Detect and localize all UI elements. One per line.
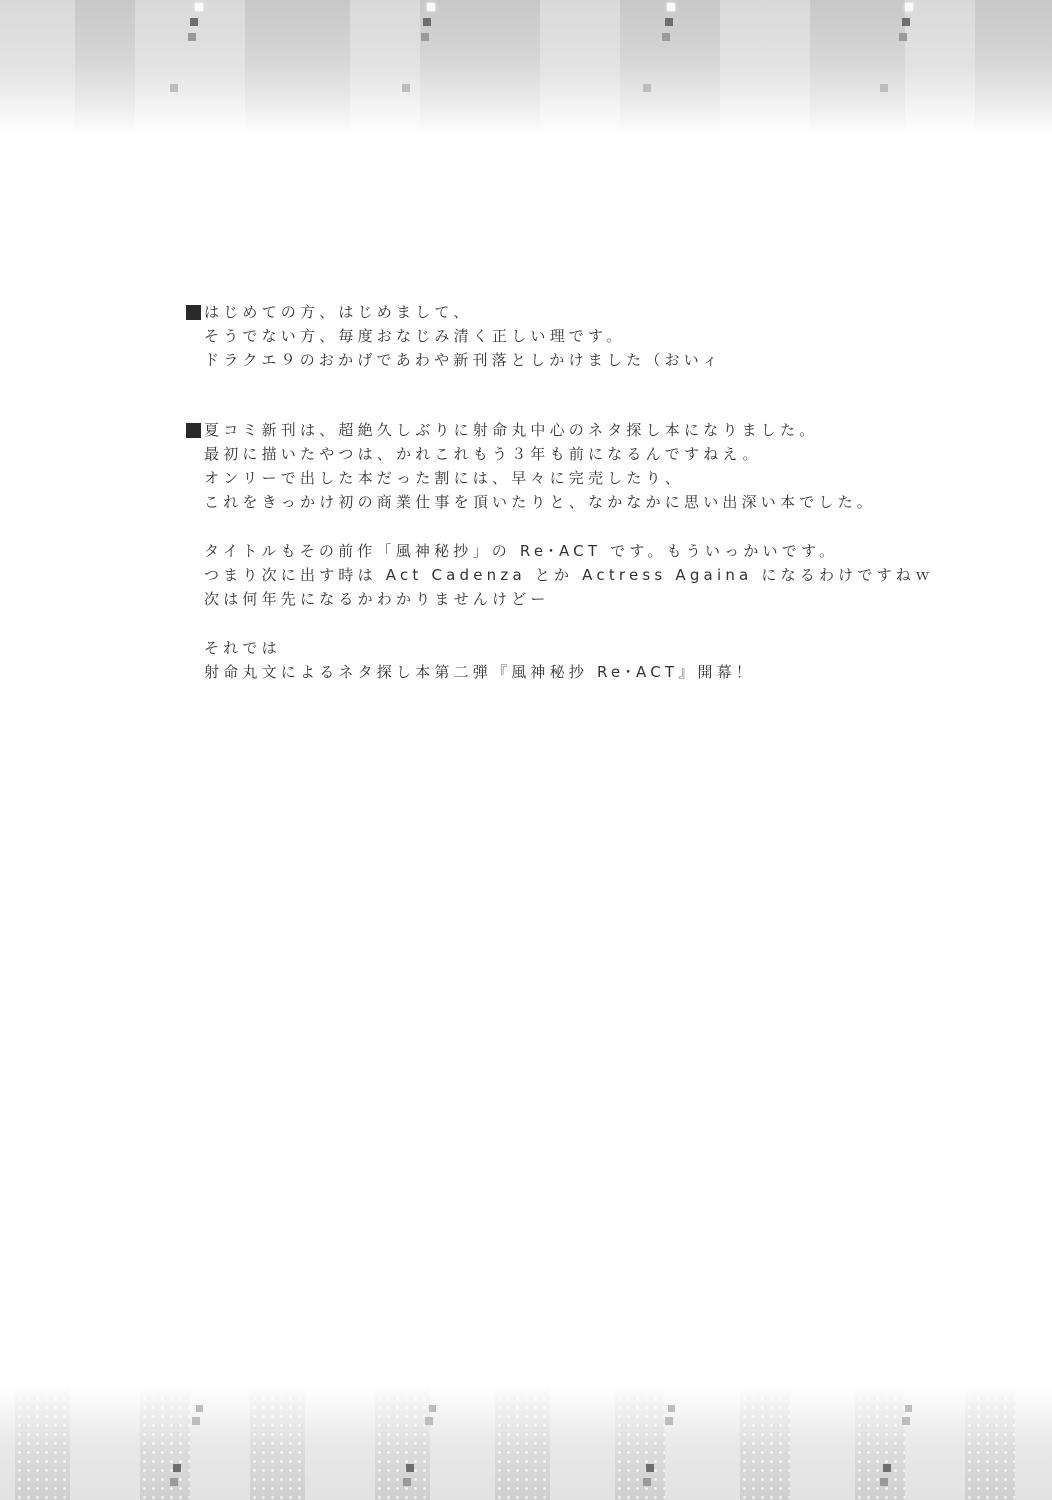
paragraph: 夏コミ新刊は、超絶久しぶりに射命丸中心のネタ探し本になりました。 最初に描いたや…: [186, 418, 946, 514]
band-strip: [975, 0, 1052, 135]
pixel-sprite: [402, 84, 410, 92]
pixel-sprite: [905, 3, 913, 11]
pixel-sprite: [427, 3, 435, 11]
band-strip: [0, 1385, 15, 1500]
text-line: そうでない方、毎度おなじみ清く正しい理です。: [186, 324, 946, 348]
band-strip: [615, 1385, 665, 1500]
band-strip: [740, 1385, 790, 1500]
text-line: はじめての方、はじめまして、: [186, 300, 946, 324]
pixel-sprite: [883, 1464, 891, 1472]
band-strip: [245, 0, 350, 135]
band-strip: [250, 1385, 305, 1500]
paragraph: それでは 射命丸文によるネタ探し本第二弾『風神秘抄 Re･ACT』開幕！: [186, 636, 946, 684]
pixel-sprite: [170, 1478, 178, 1486]
band-strip: [190, 1385, 250, 1500]
pixel-sprite: [662, 33, 670, 41]
band-strip: [790, 1385, 855, 1500]
band-strip: [495, 1385, 550, 1500]
band-strip: [15, 1385, 70, 1500]
band-strip: [720, 0, 810, 135]
text-line: ドラクエ９のおかげであわや新刊落としかけました（おいィ: [186, 348, 946, 372]
text-line: 次は何年先になるかわかりませんけどー: [186, 587, 946, 611]
text-line: つまり次に出す時は Act Cadenza とか Actress Againa …: [186, 563, 946, 587]
pixel-sprite: [643, 1478, 651, 1486]
greeting-section: はじめての方、はじめまして、 そうでない方、毎度おなじみ清く正しい理です。 ドラ…: [186, 300, 946, 372]
pixel-sprite: [646, 1464, 654, 1472]
pixel-sprite: [192, 1417, 200, 1425]
pixel-sprite: [423, 18, 431, 26]
pixel-sprite: [429, 1405, 436, 1412]
black-square-marker-icon: [186, 423, 201, 438]
band-strip: [70, 1385, 140, 1500]
pixel-sprite: [195, 3, 203, 11]
band-strip: [665, 1385, 740, 1500]
top-decorative-band: [0, 0, 1052, 135]
pixel-sprite: [425, 1417, 433, 1425]
text-line: タイトルもその前作「風神秘抄」の Re･ACT です。もういっかいです。: [186, 539, 946, 563]
band-strip: [965, 1385, 1015, 1500]
band-strip: [305, 1385, 375, 1500]
black-square-marker-icon: [186, 305, 201, 320]
pixel-sprite: [421, 33, 429, 41]
new-book-section: 夏コミ新刊は、超絶久しぶりに射命丸中心のネタ探し本になりました。 最初に描いたや…: [186, 418, 946, 684]
pixel-sprite: [188, 33, 196, 41]
pixel-sprite: [905, 1405, 912, 1412]
band-strip: [550, 1385, 615, 1500]
band-strip: [810, 0, 905, 135]
text-line: これをきっかけ初の商業仕事を頂いたりと、なかなかに思い出深い本でした。: [186, 490, 946, 514]
paragraph: タイトルもその前作「風神秘抄」の Re･ACT です。もういっかいです。 つまり…: [186, 539, 946, 611]
text-line: それでは: [186, 636, 946, 660]
pixel-sprite: [665, 1417, 673, 1425]
band-strip: [905, 1385, 965, 1500]
pixel-sprite: [668, 1405, 675, 1412]
band-strip: [75, 0, 135, 135]
pixel-sprite: [902, 18, 910, 26]
text-line: オンリーで出した本だった割には、早々に完売したり、: [186, 466, 946, 490]
text-line: 射命丸文によるネタ探し本第二弾『風神秘抄 Re･ACT』開幕！: [186, 660, 946, 684]
bottom-decorative-band: [0, 1385, 1052, 1500]
text-line: 最初に描いたやつは、かれこれもう３年も前になるんですねえ。: [186, 442, 946, 466]
text-line: 夏コミ新刊は、超絶久しぶりに射命丸中心のネタ探し本になりました。: [186, 418, 946, 442]
band-strip: [420, 0, 540, 135]
pixel-sprite: [665, 18, 673, 26]
band-strip: [0, 0, 75, 135]
pixel-sprite: [667, 3, 675, 11]
band-strip: [905, 0, 975, 135]
pixel-sprite: [173, 1464, 181, 1472]
afterword-text: はじめての方、はじめまして、 そうでない方、毎度おなじみ清く正しい理です。 ドラ…: [186, 300, 946, 684]
pixel-sprite: [196, 1405, 203, 1412]
pixel-sprite: [406, 1464, 414, 1472]
band-strip: [430, 1385, 495, 1500]
pixel-sprite: [880, 84, 888, 92]
band-strip: [140, 1385, 190, 1500]
pixel-sprite: [880, 1478, 888, 1486]
pixel-sprite: [899, 33, 907, 41]
pixel-sprite: [902, 1417, 910, 1425]
pixel-sprite: [190, 18, 198, 26]
pixel-sprite: [643, 84, 651, 92]
band-strip: [540, 0, 620, 135]
band-strip: [350, 0, 420, 135]
band-strip: [1015, 1385, 1052, 1500]
pixel-sprite: [403, 1478, 411, 1486]
pixel-sprite: [170, 84, 178, 92]
